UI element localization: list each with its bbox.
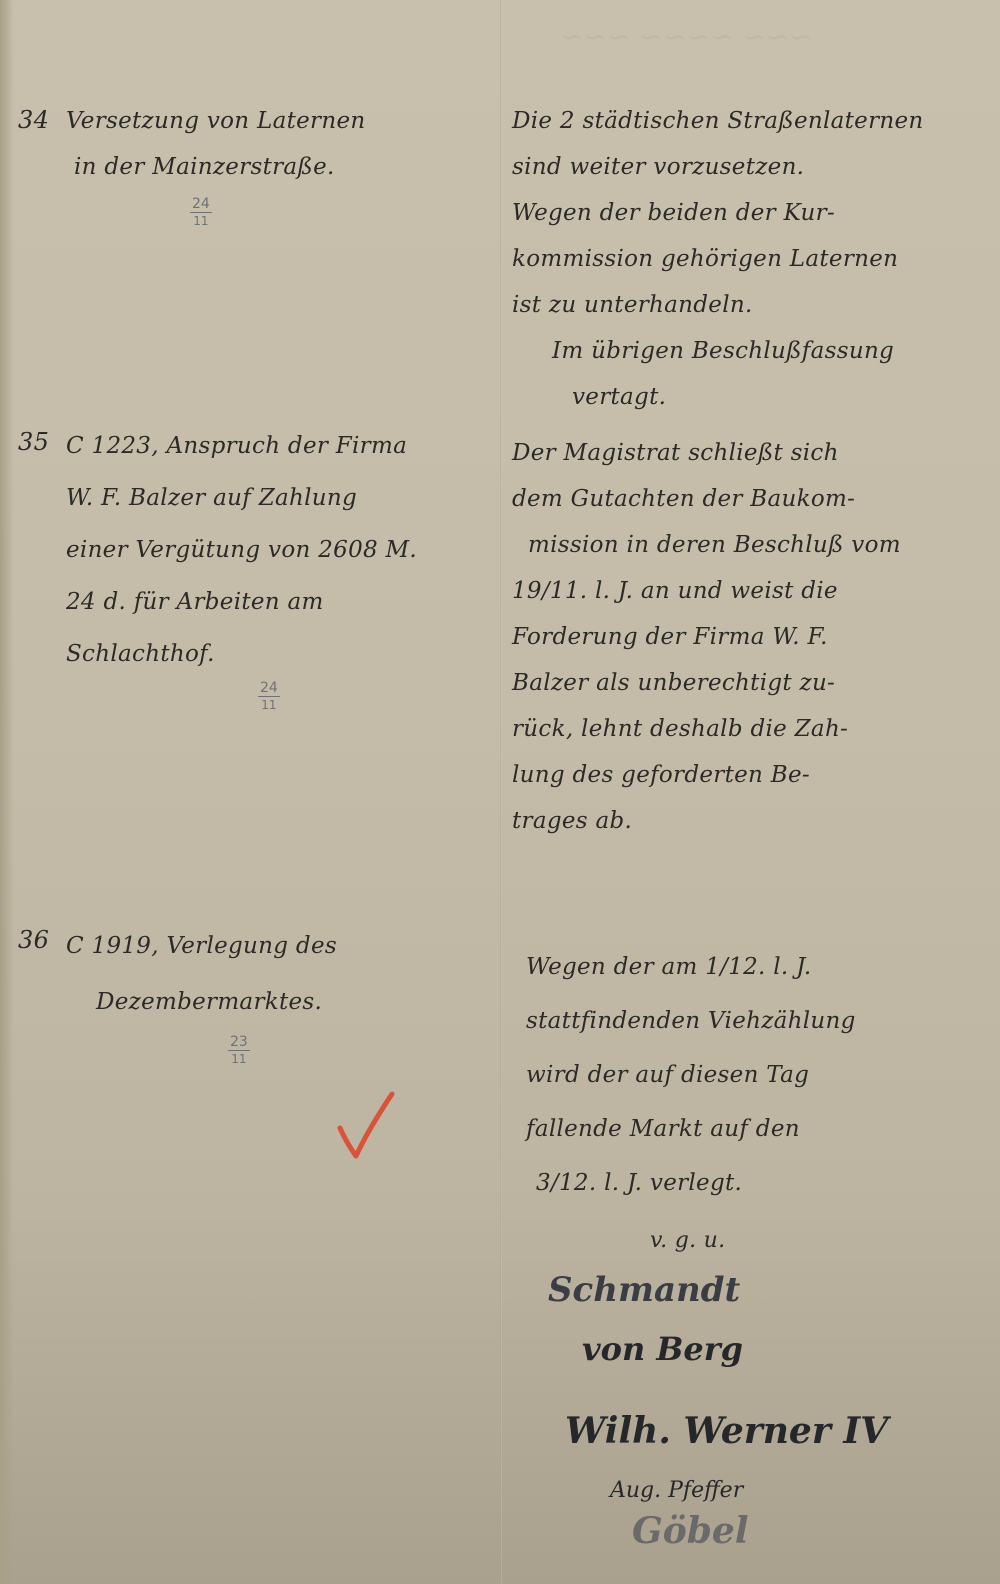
subject-line: C 1919, Verlegung des bbox=[66, 918, 486, 974]
signature: Göbel bbox=[632, 1510, 749, 1552]
resolution-line: 19/11. l. J. an und weist die bbox=[512, 568, 982, 614]
resolution-line: trages ab. bbox=[512, 798, 982, 844]
entry-resolution: Die 2 städtischen Straßenlaternen sind w… bbox=[512, 98, 982, 420]
entry-number: 35 bbox=[18, 428, 49, 456]
signature: Wilh. Werner IV bbox=[565, 1410, 888, 1452]
bleed-through-text: ~~~ ~~~~ ~~~ bbox=[560, 20, 812, 53]
resolution-line: kommission gehörigen Laternen bbox=[512, 236, 982, 282]
subject-line: Dezembermarktes. bbox=[66, 974, 486, 1030]
resolution-line: ist zu unterhandeln. bbox=[512, 282, 982, 328]
subject-line: 24 d. für Arbeiten am bbox=[66, 576, 486, 628]
entry-resolution: Der Magistrat schließt sich dem Gutachte… bbox=[512, 430, 982, 844]
margin-date: 23 11 bbox=[228, 1034, 250, 1067]
resolution-line: Die 2 städtischen Straßenlaternen bbox=[512, 98, 982, 144]
entry-subject: Versetzung von Laternen in der Mainzerst… bbox=[66, 98, 486, 190]
subject-line: C 1223, Anspruch der Firma bbox=[66, 420, 486, 472]
entry-subject: C 1919, Verlegung des Dezembermarktes. bbox=[66, 918, 486, 1030]
resolution-line: dem Gutachten der Baukom- bbox=[512, 476, 982, 522]
subject-line: W. F. Balzer auf Zahlung bbox=[66, 472, 486, 524]
resolution-line: 3/12. l. J. verlegt. bbox=[526, 1156, 996, 1210]
subject-line: einer Vergütung von 2608 M. bbox=[66, 524, 486, 576]
resolution-line: wird der auf diesen Tag bbox=[526, 1048, 996, 1102]
resolution-line: rück, lehnt deshalb die Zah- bbox=[512, 706, 982, 752]
subject-line: Schlachthof. bbox=[66, 628, 486, 680]
red-check-mark-icon bbox=[336, 1090, 396, 1160]
margin-date: 24 11 bbox=[190, 196, 212, 229]
entry-resolution: Wegen der am 1/12. l. J. stattfindenden … bbox=[512, 940, 996, 1210]
resolution-line: stattfindenden Viehzählung bbox=[526, 994, 996, 1048]
resolution-line: lung des geforderten Be- bbox=[512, 752, 982, 798]
resolution-line: sind weiter vorzusetzen. bbox=[512, 144, 982, 190]
resolution-line: Wegen der am 1/12. l. J. bbox=[526, 940, 996, 994]
resolution-line: mission in deren Beschluß vom bbox=[512, 522, 982, 568]
signature: Aug. Pfeffer bbox=[610, 1478, 743, 1503]
subject-line: in der Mainzerstraße. bbox=[66, 144, 486, 190]
subject-line: Versetzung von Laternen bbox=[66, 98, 486, 144]
resolution-line: Wegen der beiden der Kur- bbox=[512, 190, 982, 236]
entry-number: 34 bbox=[18, 106, 49, 134]
signature: von Berg bbox=[582, 1330, 743, 1368]
margin-date: 24 11 bbox=[258, 680, 280, 713]
resolution-line: Forderung der Firma W. F. bbox=[512, 614, 982, 660]
signature: Schmandt bbox=[548, 1270, 740, 1310]
entry-subject: C 1223, Anspruch der Firma W. F. Balzer … bbox=[66, 420, 486, 680]
page-fold-line bbox=[500, 0, 502, 1584]
entry-number: 36 bbox=[18, 926, 49, 954]
resolution-line: Der Magistrat schließt sich bbox=[512, 430, 982, 476]
resolution-line: Balzer als unberechtigt zu- bbox=[512, 660, 982, 706]
document-page: ~~~ ~~~~ ~~~ 34 Versetzung von Laternen … bbox=[0, 0, 1000, 1584]
resolution-line: Im übrigen Beschlußfassung bbox=[512, 328, 982, 374]
closing-formula: v. g. u. bbox=[650, 1228, 725, 1253]
resolution-line: vertagt. bbox=[512, 374, 982, 420]
resolution-line: fallende Markt auf den bbox=[526, 1102, 996, 1156]
